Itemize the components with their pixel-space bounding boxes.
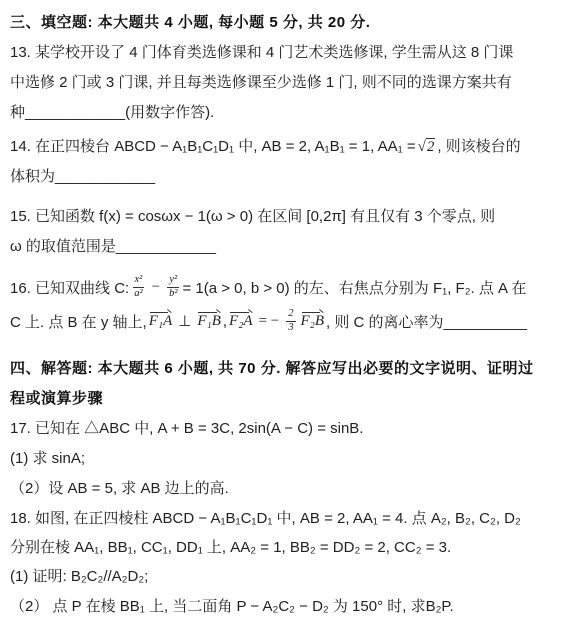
- vector-f2a: F₂A: [229, 312, 253, 330]
- comma-separator: ,: [223, 313, 227, 330]
- problem-17-part-2: （2）设 AB = 5, 求 AB 边上的高.: [10, 474, 573, 504]
- equals-minus-operator: = −: [259, 313, 280, 330]
- vector-f1b: F₁B: [197, 312, 221, 330]
- problem-14: 14. 在正四棱台 ABCD − A₁B₁C₁D₁ 中, AB = 2, A₁B…: [10, 132, 573, 192]
- problem-13: 13. 某学校开设了 4 门体育类选修课和 4 门艺术类选修课, 学生需从这 8…: [10, 38, 573, 128]
- problem-14-text-pre: 14. 在正四棱台 ABCD − A₁B₁C₁D₁ 中, AB = 2, A₁B…: [10, 132, 416, 162]
- fraction-denominator: b²: [167, 288, 179, 300]
- problem-16: 16. 已知双曲线 C: x²a² − y²b² = 1(a > 0, b > …: [10, 268, 573, 336]
- radical-sign: √: [418, 139, 426, 155]
- section-answer-title-line-1: 四、解答题: 本大题共 6 小题, 共 70 分. 解答应写出必要的文字说明、证…: [10, 354, 573, 384]
- vector-f2b: F₂B: [301, 312, 325, 330]
- sqrt-2-expression: √2: [418, 132, 436, 162]
- problem-15: 15. 已知函数 f(x) = cosωx − 1(ω > 0) 在区间 [0,…: [10, 202, 573, 262]
- minus-operator: −: [152, 279, 160, 296]
- fraction-numerator: x²: [133, 274, 145, 287]
- problem-15-line-2: ω 的取值范围是____________: [10, 232, 573, 262]
- problem-18-part-2: （2） 点 P 在棱 BB₁ 上, 当二面角 P − A₂C₂ − D₂ 为 1…: [10, 592, 573, 622]
- problem-13-line-3: 种____________(用数字作答).: [10, 98, 573, 128]
- section-fill-in-title: 三、填空题: 本大题共 4 小题, 每小题 5 分, 共 20 分.: [10, 8, 573, 38]
- exam-document-page: 三、填空题: 本大题共 4 小题, 每小题 5 分, 共 20 分. 13. 某…: [0, 0, 579, 622]
- radicand: 2: [426, 138, 436, 155]
- problem-17-part-1: (1) 求 sinA;: [10, 444, 573, 474]
- problem-18: 18. 如图, 在正四棱柱 ABCD − A₁B₁C₁D₁ 中, AB = 2,…: [10, 504, 573, 622]
- problem-16-text-post: = 1(a > 0, b > 0) 的左、右焦点分别为 F₁, F₂. 点 A …: [182, 277, 526, 298]
- problem-18-line-2: 分别在棱 AA₁, BB₁, CC₁, DD₁ 上, AA₂ = 1, BB₂ …: [10, 534, 573, 562]
- problem-16-line2-post: , 则 C 的离心率为__________: [326, 311, 527, 332]
- fraction-y2-b2: y²b²: [167, 274, 179, 299]
- fraction-numerator: y²: [167, 274, 179, 287]
- problem-18-line-1: 18. 如图, 在正四棱柱 ABCD − A₁B₁C₁D₁ 中, AB = 2,…: [10, 504, 573, 534]
- problem-14-line-1: 14. 在正四棱台 ABCD − A₁B₁C₁D₁ 中, AB = 2, A₁B…: [10, 132, 573, 162]
- fraction-numerator: 2: [286, 308, 295, 321]
- vector-f1a: F₁A: [149, 312, 173, 330]
- problem-16-line2-pre: C 上. 点 B 在 y 轴上,: [10, 311, 147, 332]
- problem-13-line-2: 中选修 2 门或 3 门课, 并且每类选修课至少选修 1 门, 则不同的选课方案…: [10, 68, 573, 98]
- problem-14-text-post: , 则该棱台的: [437, 132, 520, 162]
- fraction-denominator: 3: [286, 322, 295, 334]
- fraction-2-3: 23: [286, 308, 295, 333]
- problem-16-line-1: 16. 已知双曲线 C: x²a² − y²b² = 1(a > 0, b > …: [10, 268, 573, 306]
- perpendicular-operator: ⊥: [178, 312, 191, 331]
- section-answer-title-line-2: 程或演算步骤: [10, 384, 573, 414]
- problem-14-line-2: 体积为____________: [10, 162, 573, 192]
- problem-16-text-pre: 16. 已知双曲线 C:: [10, 277, 129, 298]
- fraction-x2-a2: x²a²: [132, 274, 144, 299]
- section-answer: 四、解答题: 本大题共 6 小题, 共 70 分. 解答应写出必要的文字说明、证…: [10, 354, 573, 414]
- problem-17: 17. 已知在 △ABC 中, A + B = 3C, 2sin(A − C) …: [10, 414, 573, 504]
- problem-16-line-2: C 上. 点 B 在 y 轴上, F₁A ⊥ F₁B , F₂A = − 23 …: [10, 306, 573, 336]
- problem-15-line-1: 15. 已知函数 f(x) = cosωx − 1(ω > 0) 在区间 [0,…: [10, 202, 573, 232]
- problem-17-line-1: 17. 已知在 △ABC 中, A + B = 3C, 2sin(A − C) …: [10, 414, 573, 444]
- fraction-denominator: a²: [132, 288, 144, 300]
- problem-13-line-1: 13. 某学校开设了 4 门体育类选修课和 4 门艺术类选修课, 学生需从这 8…: [10, 38, 573, 68]
- problem-18-part-1: (1) 证明: B₂C₂//A₂D₂;: [10, 562, 573, 592]
